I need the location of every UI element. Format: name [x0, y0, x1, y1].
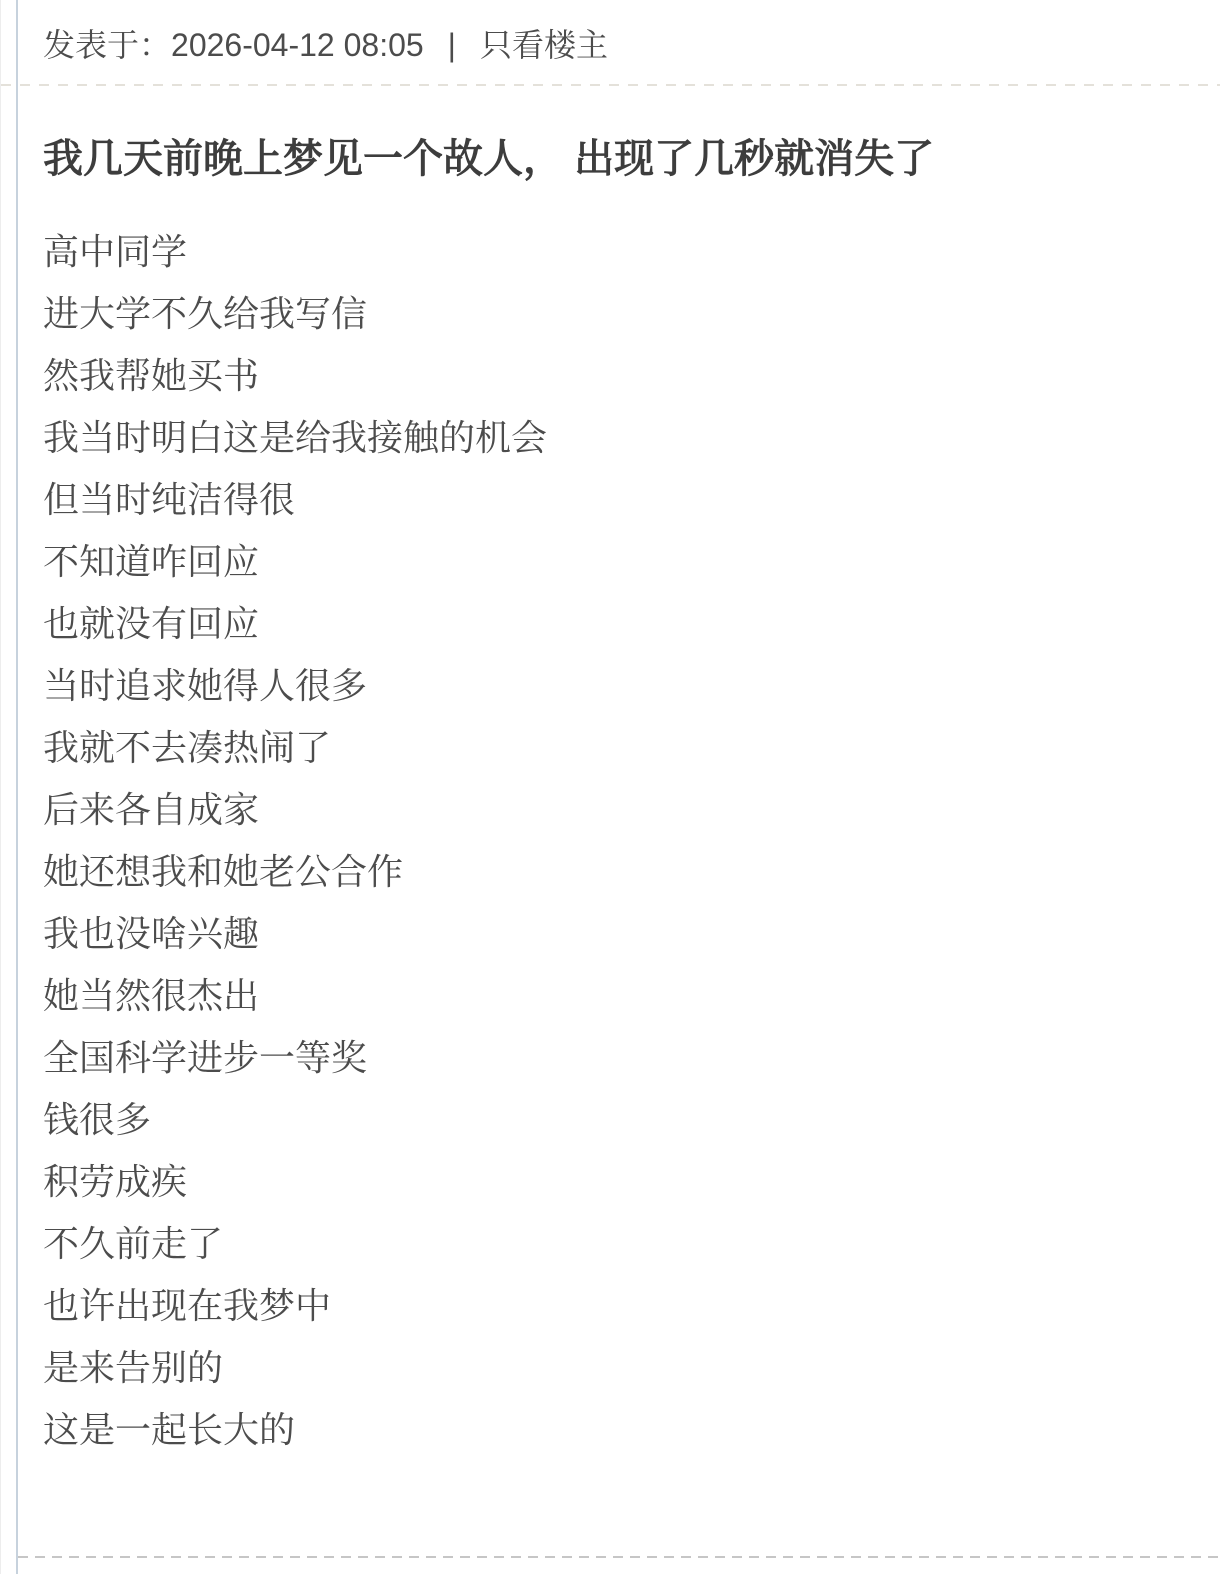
post-line: 积劳成疾 [43, 1151, 547, 1213]
post-title: 我几天前晚上梦见一个故人， 出现了几秒就消失了 [43, 136, 934, 182]
post-line: 不久前走了 [43, 1213, 547, 1275]
post-line: 全国科学进步一等奖 [43, 1027, 547, 1089]
post-line: 我就不去凑热闹了 [43, 717, 547, 779]
post-line: 进大学不久给我写信 [43, 283, 547, 345]
post-line: 也就没有回应 [43, 593, 547, 655]
top-dashed-divider [1, 84, 1220, 86]
post-line: 当时追求她得人很多 [43, 655, 547, 717]
post-line: 我也没啥兴趣 [43, 903, 547, 965]
post-line: 但当时纯洁得很 [43, 469, 547, 531]
post-line: 后来各自成家 [43, 779, 547, 841]
post-line: 不知道咋回应 [43, 531, 547, 593]
post-body: 高中同学进大学不久给我写信然我帮她买书我当时明白这是给我接触的机会但当时纯洁得很… [43, 221, 547, 1461]
post-line: 高中同学 [43, 221, 547, 283]
forum-post-page: 发表于：2026-04-12 08:05|只看楼主 我几天前晚上梦见一个故人， … [0, 0, 1220, 1574]
post-line: 然我帮她买书 [43, 345, 547, 407]
only-op-link[interactable]: 只看楼主 [480, 27, 608, 63]
bottom-dashed-divider [18, 1556, 1220, 1558]
post-line: 她当然很杰出 [43, 965, 547, 1027]
left-rule-line [16, 0, 18, 1574]
post-line: 我当时明白这是给我接触的机会 [43, 407, 547, 469]
post-line: 她还想我和她老公合作 [43, 841, 547, 903]
post-line: 这是一起长大的 [43, 1399, 547, 1461]
posted-at-timestamp: 2026-04-12 08:05 [171, 27, 424, 63]
post-line: 钱很多 [43, 1089, 547, 1151]
post-line: 也许出现在我梦中 [43, 1275, 547, 1337]
separator-bar: | [448, 25, 456, 65]
post-meta-bar: 发表于：2026-04-12 08:05|只看楼主 [43, 25, 608, 65]
posted-at-label: 发表于： [43, 27, 171, 63]
post-line: 是来告别的 [43, 1337, 547, 1399]
